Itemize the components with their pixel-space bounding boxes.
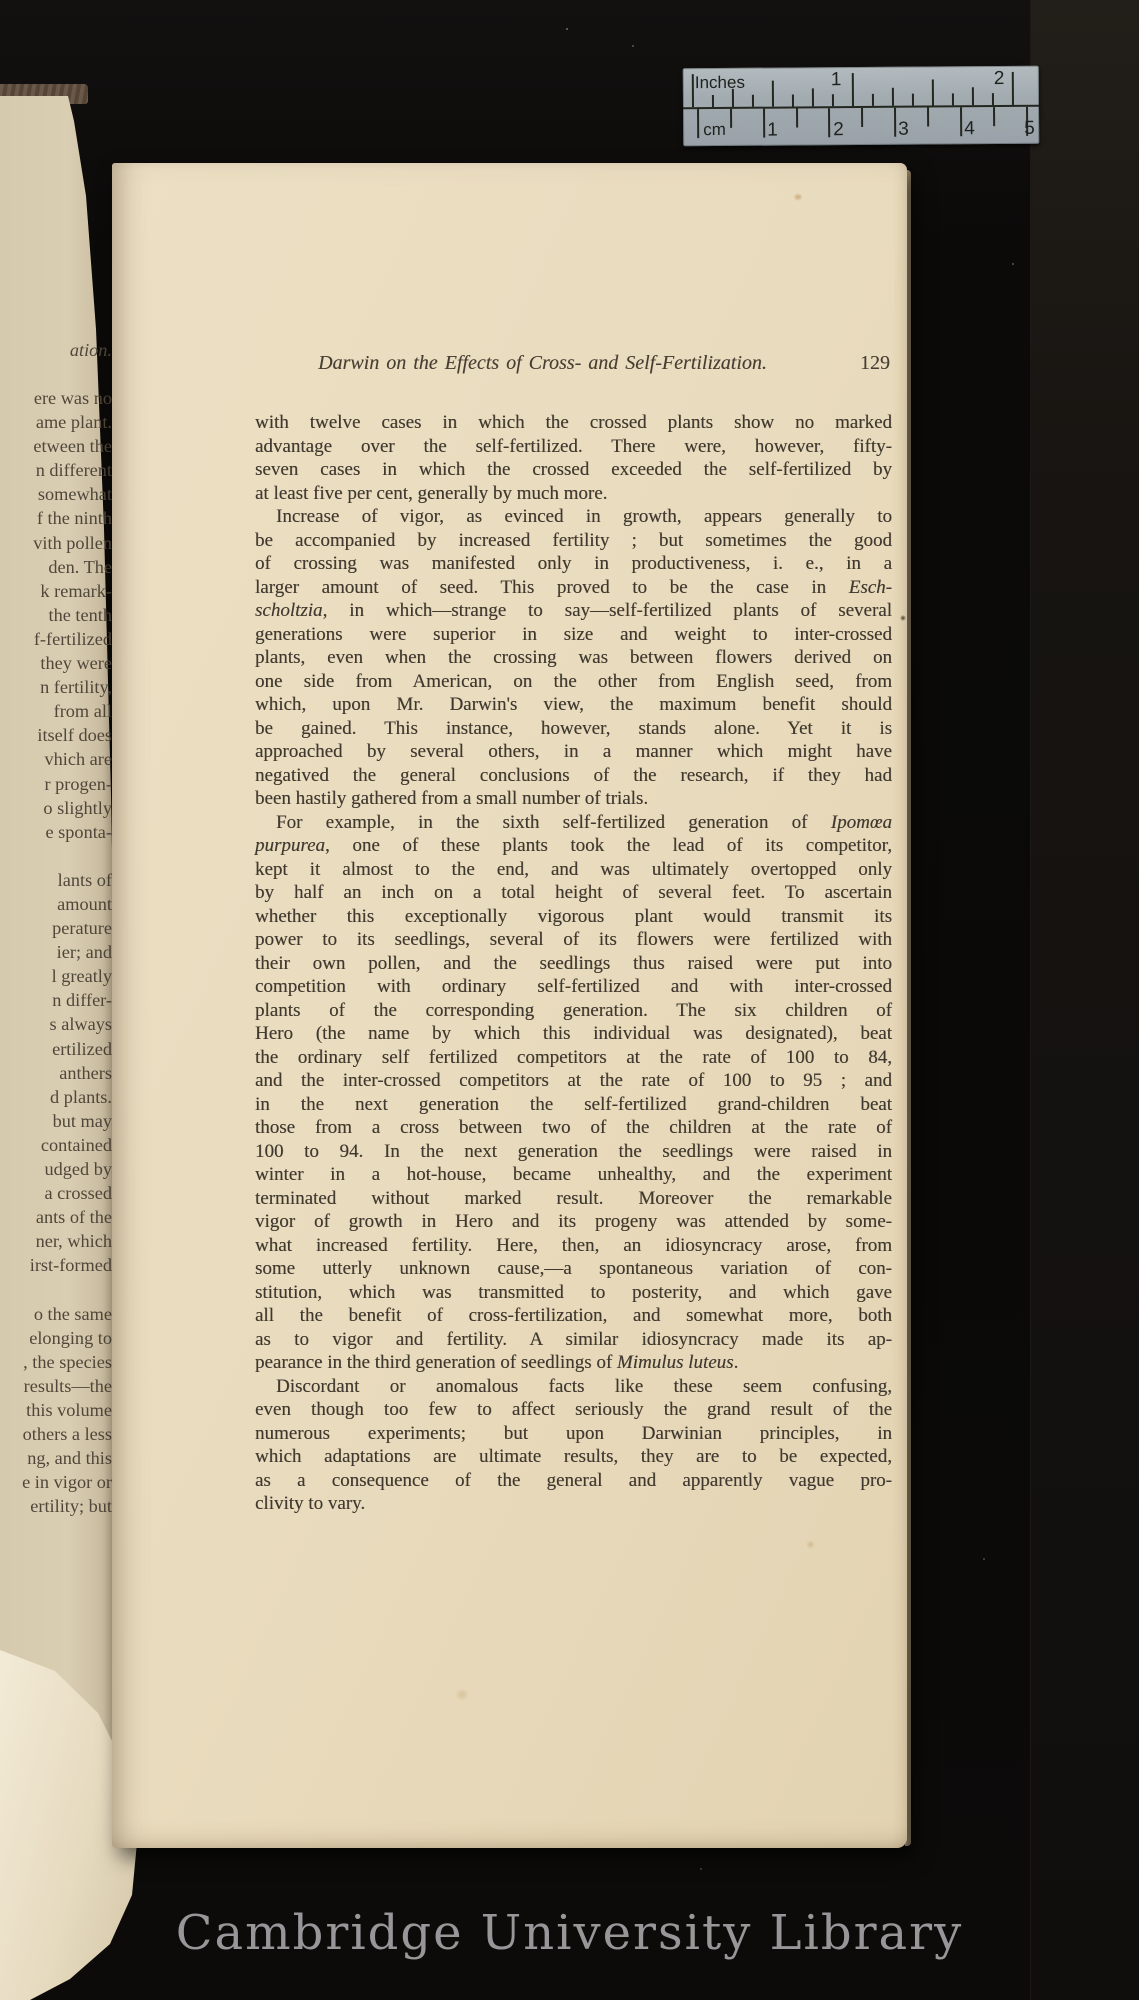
ruler-tick xyxy=(730,109,732,128)
body-text-line: vigor of growth in Hero and its progeny … xyxy=(255,1210,892,1234)
ruler-tick xyxy=(892,88,894,106)
body-text-line: the ordinary self fertilized competitors… xyxy=(255,1046,892,1070)
left-page-text-line: f-fertilized xyxy=(0,627,112,651)
body-text-line: been hastily gathered from a small numbe… xyxy=(255,787,892,811)
body-text-line: at least five per cent, generally by muc… xyxy=(255,482,892,506)
left-page-text-line: s always xyxy=(0,1012,112,1036)
left-page-text-line: from all xyxy=(0,699,112,723)
left-page-text-line: this volume xyxy=(0,1398,112,1422)
left-page-text-line: n fertility, xyxy=(0,675,112,699)
ruler-tick xyxy=(932,79,934,105)
left-page-text-line: anthers xyxy=(0,1061,112,1085)
foxing-spot xyxy=(793,193,803,201)
left-page-header-fragment: ation. xyxy=(0,338,116,362)
left-page-text-line: ner, which xyxy=(0,1229,112,1253)
ruler-tick xyxy=(792,94,794,106)
ruler-tick-marks: 1212345 xyxy=(683,66,1039,68)
body-text-line: scholtzia, in which—strange to say—self-… xyxy=(255,599,892,623)
left-page-text-line xyxy=(0,844,112,868)
body-text-line: which, upon Mr. Darwin's view, the maxim… xyxy=(255,693,892,717)
body-text-line: as a consequence of the general and appa… xyxy=(255,1469,892,1493)
body-text-line: all the benefit of cross-fertilization, … xyxy=(255,1304,892,1328)
measuring-ruler: Inches cm 1212345 xyxy=(683,66,1040,146)
left-page-text-line: itself does xyxy=(0,723,112,747)
ruler-tick xyxy=(712,95,714,107)
backdrop-seam xyxy=(1030,0,1139,2000)
dust-speck xyxy=(566,28,568,30)
left-page-text-line: somewhat xyxy=(0,482,112,506)
body-text-line: power to its seedlings, several of its f… xyxy=(255,928,892,952)
left-page-text-line: l greatly xyxy=(0,964,112,988)
book-page: Darwin on the Effects of Cross- and Self… xyxy=(112,163,907,1848)
page-number: 129 xyxy=(860,352,890,375)
body-text-line: Increase of vigor, as evinced in growth,… xyxy=(255,505,892,529)
ruler-tick xyxy=(927,108,929,127)
left-page-text-line: vith pollen xyxy=(0,531,112,555)
left-page-text-line: lants of xyxy=(0,868,112,892)
ruler-tick xyxy=(796,108,798,127)
body-text-line: be accompanied by increased fertility ; … xyxy=(255,529,892,553)
left-page-text-line: ere was no xyxy=(0,386,112,410)
left-page-text-line: ertility; but xyxy=(0,1494,112,1518)
ruler-tick xyxy=(912,94,914,106)
left-page-text-line: vhich are xyxy=(0,747,112,771)
ruler-tick xyxy=(692,74,694,107)
ruler-tick xyxy=(812,88,814,106)
left-page-text-line: a crossed xyxy=(0,1181,112,1205)
photo-background: Inches cm 1212345 ation. ere was noame p… xyxy=(0,0,1139,2000)
ruler-tick xyxy=(832,94,834,106)
body-text-line: clivity to vary. xyxy=(255,1492,892,1516)
running-title: Darwin on the Effects of Cross- and Self… xyxy=(255,352,830,375)
ruler-number: 3 xyxy=(898,119,909,141)
body-text-line: generations were superior in size and we… xyxy=(255,623,892,647)
left-page-text-line: ants of the xyxy=(0,1205,112,1229)
body-text-line: what increased fertility. Here, then, an… xyxy=(255,1234,892,1258)
ruler-tick xyxy=(852,73,854,106)
ruler-number: 2 xyxy=(833,119,844,141)
left-page-text-line: contained xyxy=(0,1133,112,1157)
ruler-tick xyxy=(763,109,765,138)
body-text-line: 100 to 94. In the next generation the se… xyxy=(255,1140,892,1164)
left-page-text-line: n different xyxy=(0,458,112,482)
body-text-line: purpurea, one of these plants took the l… xyxy=(255,834,892,858)
body-text-line: and the inter-crossed competitors at the… xyxy=(255,1069,892,1093)
left-page-text-line: o the same xyxy=(0,1302,112,1326)
foxing-spot xyxy=(455,1688,469,1701)
ruler-tick xyxy=(894,108,896,137)
ruler-cm-label: cm xyxy=(703,120,726,140)
body-text-line: their own pollen, and the seedlings thus… xyxy=(255,952,892,976)
left-page-text-line: ier; and xyxy=(0,940,112,964)
body-text-line: numerous experiments; but upon Darwinian… xyxy=(255,1422,892,1446)
ruler-tick xyxy=(872,94,874,106)
body-text-line: those from a cross between two of the ch… xyxy=(255,1116,892,1140)
ruler-tick xyxy=(952,93,954,105)
body-text-line: one side from American, on the other fro… xyxy=(255,670,892,694)
left-page-text-line: d plants. xyxy=(0,1085,112,1109)
ruler-tick xyxy=(732,89,734,107)
left-page-text-line: e in vigor or xyxy=(0,1470,112,1494)
body-text-line: in the next generation the self-fertiliz… xyxy=(255,1093,892,1117)
page-body-text: with twelve cases in which the crossed p… xyxy=(255,411,892,1516)
body-text-line: even though too few to affect seriously … xyxy=(255,1398,892,1422)
foxing-spot xyxy=(806,1540,815,1549)
foxing-spot xyxy=(900,615,906,621)
body-text-line: pearance in the third generation of seed… xyxy=(255,1351,892,1375)
ruler-tick xyxy=(960,107,962,136)
left-page-text-line: r progen- xyxy=(0,772,112,796)
ruler-tick xyxy=(1012,72,1014,105)
dust-speck xyxy=(983,1558,985,1560)
left-page-text-line: amount xyxy=(0,892,112,916)
body-text-line: whether this exceptionally vigorous plan… xyxy=(255,905,892,929)
dust-speck xyxy=(1012,263,1014,265)
body-text-line: winter in a hot-house, became unhealthy,… xyxy=(255,1163,892,1187)
body-text-line: be gained. This instance, however, stand… xyxy=(255,717,892,741)
left-page-text-line: they were xyxy=(0,651,112,675)
left-page-text-line: irst-formed xyxy=(0,1253,112,1277)
body-text-line: Hero (the name by which this individual … xyxy=(255,1022,892,1046)
body-text-line: with twelve cases in which the crossed p… xyxy=(255,411,892,435)
ruler-number: 1 xyxy=(767,120,778,142)
left-page-text-line: den. The xyxy=(0,555,112,579)
body-text-line: terminated without marked result. Moreov… xyxy=(255,1187,892,1211)
left-page-text-line: e sponta- xyxy=(0,820,112,844)
body-text-line: negatived the general conclusions of the… xyxy=(255,764,892,788)
body-text-line: stitution, which was transmitted to post… xyxy=(255,1281,892,1305)
body-text-line: by half an inch on a total height of sev… xyxy=(255,881,892,905)
body-text-line: which adaptations are ultimate results, … xyxy=(255,1445,892,1469)
left-page-text-line: o slightly xyxy=(0,796,112,820)
left-page-text-line: the tenth xyxy=(0,603,112,627)
ruler-tick xyxy=(993,107,995,126)
left-page-text-line: results—the xyxy=(0,1374,112,1398)
ruler-number: 1 xyxy=(831,69,842,91)
left-page-text-line: ertilized xyxy=(0,1037,112,1061)
ruler-number: 5 xyxy=(1024,118,1035,140)
body-text-line: larger amount of seed. This proved to be… xyxy=(255,576,892,600)
page-header: Darwin on the Effects of Cross- and Self… xyxy=(255,352,892,380)
ruler-number: 4 xyxy=(964,118,975,140)
left-page-text-line: k remark- xyxy=(0,579,112,603)
ruler-tick xyxy=(697,109,699,138)
left-page-text-line: ame plant. xyxy=(0,410,112,434)
dust-speck xyxy=(632,45,634,47)
ruler-number: 2 xyxy=(994,68,1005,90)
ruler-tick xyxy=(828,108,830,137)
left-page-text-line: n differ- xyxy=(0,988,112,1012)
left-page-text-line: others a less xyxy=(0,1422,112,1446)
dust-speck xyxy=(700,1868,702,1870)
left-page-text-line: ng, and this xyxy=(0,1446,112,1470)
left-page-text-line: etween the xyxy=(0,434,112,458)
body-text-line: For example, in the sixth self-fertilize… xyxy=(255,811,892,835)
left-page-text: ere was noame plant.etween then differen… xyxy=(0,386,116,1518)
ruler-tick xyxy=(752,95,754,107)
ruler-inches-label: Inches xyxy=(695,73,745,93)
body-text-line: some utterly unknown cause,—a spontaneou… xyxy=(255,1257,892,1281)
body-text-line: competition with ordinary self-fertilize… xyxy=(255,975,892,999)
body-text-line: of crossing was manifested only in produ… xyxy=(255,552,892,576)
left-page-text-line: udged by xyxy=(0,1157,112,1181)
left-page-text-line: but may xyxy=(0,1109,112,1133)
body-text-line: seven cases in which the crossed exceede… xyxy=(255,458,892,482)
ruler-tick xyxy=(972,87,974,105)
left-page-text-line: elonging to xyxy=(0,1326,112,1350)
left-page-text-line xyxy=(0,1277,112,1301)
body-text-line: kept it almost to the end, and was ultim… xyxy=(255,858,892,882)
left-page-text-line: perature xyxy=(0,916,112,940)
body-text-line: plants of the corresponding generation. … xyxy=(255,999,892,1023)
body-text-line: approached by several others, in a manne… xyxy=(255,740,892,764)
ruler-tick xyxy=(772,81,774,107)
ruler-tick xyxy=(992,93,994,105)
body-text-line: Discordant or anomalous facts like these… xyxy=(255,1375,892,1399)
left-page-text-line: , the species xyxy=(0,1350,112,1374)
body-text-line: as to vigor and fertility. A similar idi… xyxy=(255,1328,892,1352)
left-page-text-line: f the ninth xyxy=(0,506,112,530)
body-text-line: plants, even when the crossing was betwe… xyxy=(255,646,892,670)
body-text-line: advantage over the self-fertilized. Ther… xyxy=(255,435,892,459)
library-watermark: Cambridge University Library xyxy=(0,1905,1139,1961)
ruler-tick xyxy=(861,108,863,127)
